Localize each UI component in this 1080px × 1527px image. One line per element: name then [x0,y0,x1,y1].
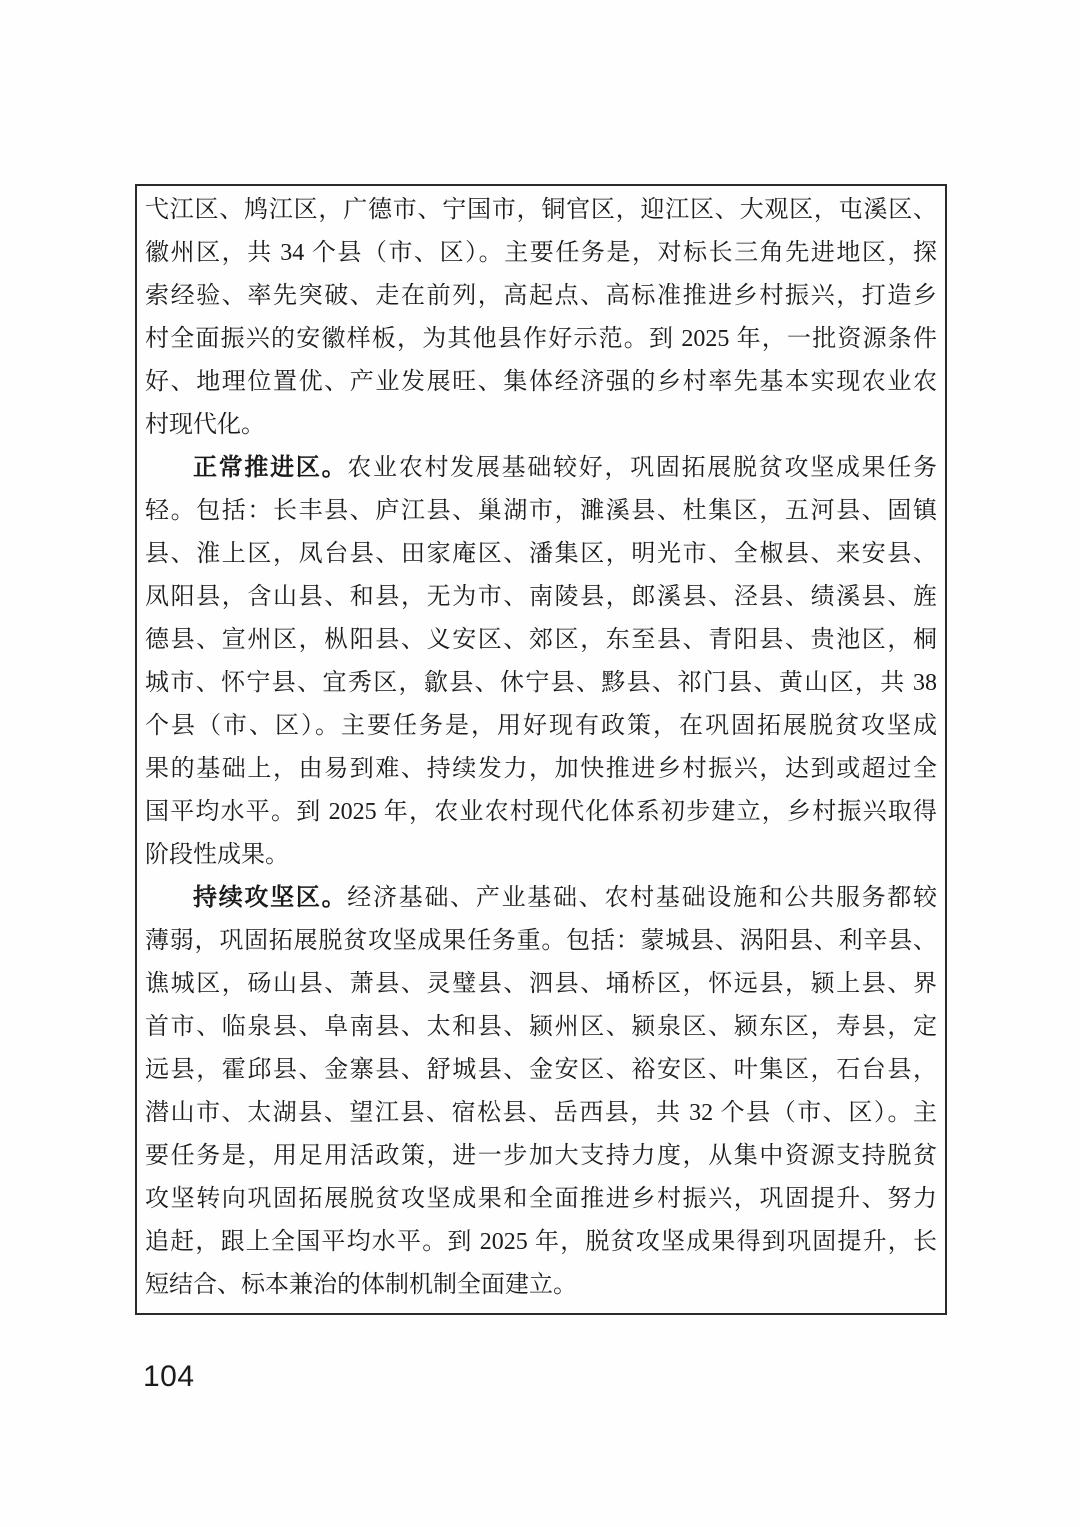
text-line-body: 索经验、率先突破、走在前列，高起点、高标准推进乡村振兴，打造乡 [145,283,937,309]
text-line-body: 村全面振兴的安徽样板，为其他县作好示范。到 2025 年，一批资源条件 [145,326,937,352]
text-line-body: 轻。包括：长丰县、庐江县、巢湖市，濉溪县、杜集区，五河县、固镇 [145,498,937,524]
text-line: 短结合、标本兼治的体制机制全面建立。 [145,1264,937,1307]
text-line-body: 国平均水平。到 2025 年，农业农村现代化体系初步建立，乡村振兴取得 [145,799,937,825]
text-line-body: 薄弱，巩固拓展脱贫攻坚成果任务重。包括：蒙城县、涡阳县、利辛县、 [145,928,937,954]
text-line: 阶段性成果。 [145,834,937,877]
text-line-body: 弋江区、鸠江区，广德市、宁国市，铜官区，迎江区、大观区，屯溪区、 [145,197,937,223]
text-line: 凤阳县，含山县、和县，无为市、南陵县，郎溪县、泾县、绩溪县、旌 [145,576,937,619]
text-line: 县、淮上区，凤台县、田家庵区、潘集区，明光市、全椒县、来安县、 [145,533,937,576]
text-line-body: 好、地理位置优、产业发展旺、集体经济强的乡村率先基本实现农业农 [145,369,937,395]
text-line: 轻。包括：长丰县、庐江县、巢湖市，濉溪县、杜集区，五河县、固镇 [145,490,937,533]
text-line-body: 首市、临泉县、阜南县、太和县、颍州区、颍泉区、颍东区，寿县，定 [145,1014,937,1040]
paragraph-lead-bold: 正常推进区。 [193,455,347,481]
text-line-body: 潜山市、太湖县、望江县、宿松县、岳西县，共 32 个县（市、区）。主 [145,1100,937,1126]
text-line-body: 阶段性成果。 [145,842,289,868]
text-line-body: 经济基础、产业基础、农村基础设施和公共服务都较 [347,885,937,911]
text-line-body: 谯城区，砀山县、萧县、灵璧县、泗县、埇桥区，怀远县，颍上县、界 [145,971,937,997]
text-line: 徽州区，共 34 个县（市、区）。主要任务是，对标长三角先进地区，探 [145,232,937,275]
text-line: 个县（市、区）。主要任务是，用好现有政策，在巩固拓展脱贫攻坚成 [145,705,937,748]
text-line: 谯城区，砀山县、萧县、灵璧县、泗县、埇桥区，怀远县，颍上县、界 [145,963,937,1006]
text-line-body: 德县、宣州区，枞阳县、义安区、郊区，东至县、青阳县、贵池区，桐 [145,627,937,653]
text-line-body: 农业农村发展基础较好，巩固拓展脱贫攻坚成果任务 [347,455,937,481]
text-line: 持续攻坚区。经济基础、产业基础、农村基础设施和公共服务都较 [145,877,937,920]
paragraph-lead-bold: 持续攻坚区。 [193,885,347,911]
text-line-body: 短结合、标本兼治的体制机制全面建立。 [145,1272,577,1298]
text-line: 果的基础上，由易到难、持续发力，加快推进乡村振兴，达到或超过全 [145,748,937,791]
text-line-body: 个县（市、区）。主要任务是，用好现有政策，在巩固拓展脱贫攻坚成 [145,713,937,739]
text-line: 追赶，跟上全国平均水平。到 2025 年，脱贫攻坚成果得到巩固提升，长 [145,1221,937,1264]
text-line: 德县、宣州区，枞阳县、义安区、郊区，东至县、青阳县、贵池区，桐 [145,619,937,662]
text-line: 城市、怀宁县、宜秀区，歙县、休宁县、黟县、祁门县、黄山区，共 38 [145,662,937,705]
text-line-body: 凤阳县，含山县、和县，无为市、南陵县，郎溪县、泾县、绩溪县、旌 [145,584,937,610]
text-line-body: 远县，霍邱县、金寨县、舒城县、金安区、裕安区、叶集区，石台县， [145,1057,937,1083]
page-number: 104 [143,1360,195,1394]
text-line: 要任务是，用足用活政策，进一步加大支持力度，从集中资源支持脱贫 [145,1135,937,1178]
text-line-body: 要任务是，用足用活政策，进一步加大支持力度，从集中资源支持脱贫 [145,1143,937,1169]
text-line-body: 追赶，跟上全国平均水平。到 2025 年，脱贫攻坚成果得到巩固提升，长 [145,1229,937,1255]
text-line: 村现代化。 [145,404,937,447]
text-line: 好、地理位置优、产业发展旺、集体经济强的乡村率先基本实现农业农 [145,361,937,404]
text-line-body: 村现代化。 [145,412,265,438]
text-line: 潜山市、太湖县、望江县、宿松县、岳西县，共 32 个县（市、区）。主 [145,1092,937,1135]
text-line-body: 攻坚转向巩固拓展脱贫攻坚成果和全面推进乡村振兴，巩固提升、努力 [145,1186,937,1212]
text-line-body: 县、淮上区，凤台县、田家庵区、潘集区，明光市、全椒县、来安县、 [145,541,937,567]
text-line: 攻坚转向巩固拓展脱贫攻坚成果和全面推进乡村振兴，巩固提升、努力 [145,1178,937,1221]
bordered-text-block: 弋江区、鸠江区，广德市、宁国市，铜官区，迎江区、大观区，屯溪区、徽州区，共 34… [135,184,947,1315]
text-line: 薄弱，巩固拓展脱贫攻坚成果任务重。包括：蒙城县、涡阳县、利辛县、 [145,920,937,963]
text-line: 村全面振兴的安徽样板，为其他县作好示范。到 2025 年，一批资源条件 [145,318,937,361]
text-line: 首市、临泉县、阜南县、太和县、颍州区、颍泉区、颍东区，寿县，定 [145,1006,937,1049]
text-line: 弋江区、鸠江区，广德市、宁国市，铜官区，迎江区、大观区，屯溪区、 [145,189,937,232]
text-line: 远县，霍邱县、金寨县、舒城县、金安区、裕安区、叶集区，石台县， [145,1049,937,1092]
text-line-body: 城市、怀宁县、宜秀区，歙县、休宁县、黟县、祁门县、黄山区，共 38 [145,670,937,696]
text-line-body: 果的基础上，由易到难、持续发力，加快推进乡村振兴，达到或超过全 [145,756,937,782]
text-line: 国平均水平。到 2025 年，农业农村现代化体系初步建立，乡村振兴取得 [145,791,937,834]
text-line: 正常推进区。农业农村发展基础较好，巩固拓展脱贫攻坚成果任务 [145,447,937,490]
text-line: 索经验、率先突破、走在前列，高起点、高标准推进乡村振兴，打造乡 [145,275,937,318]
text-line-body: 徽州区，共 34 个县（市、区）。主要任务是，对标长三角先进地区，探 [145,240,937,266]
